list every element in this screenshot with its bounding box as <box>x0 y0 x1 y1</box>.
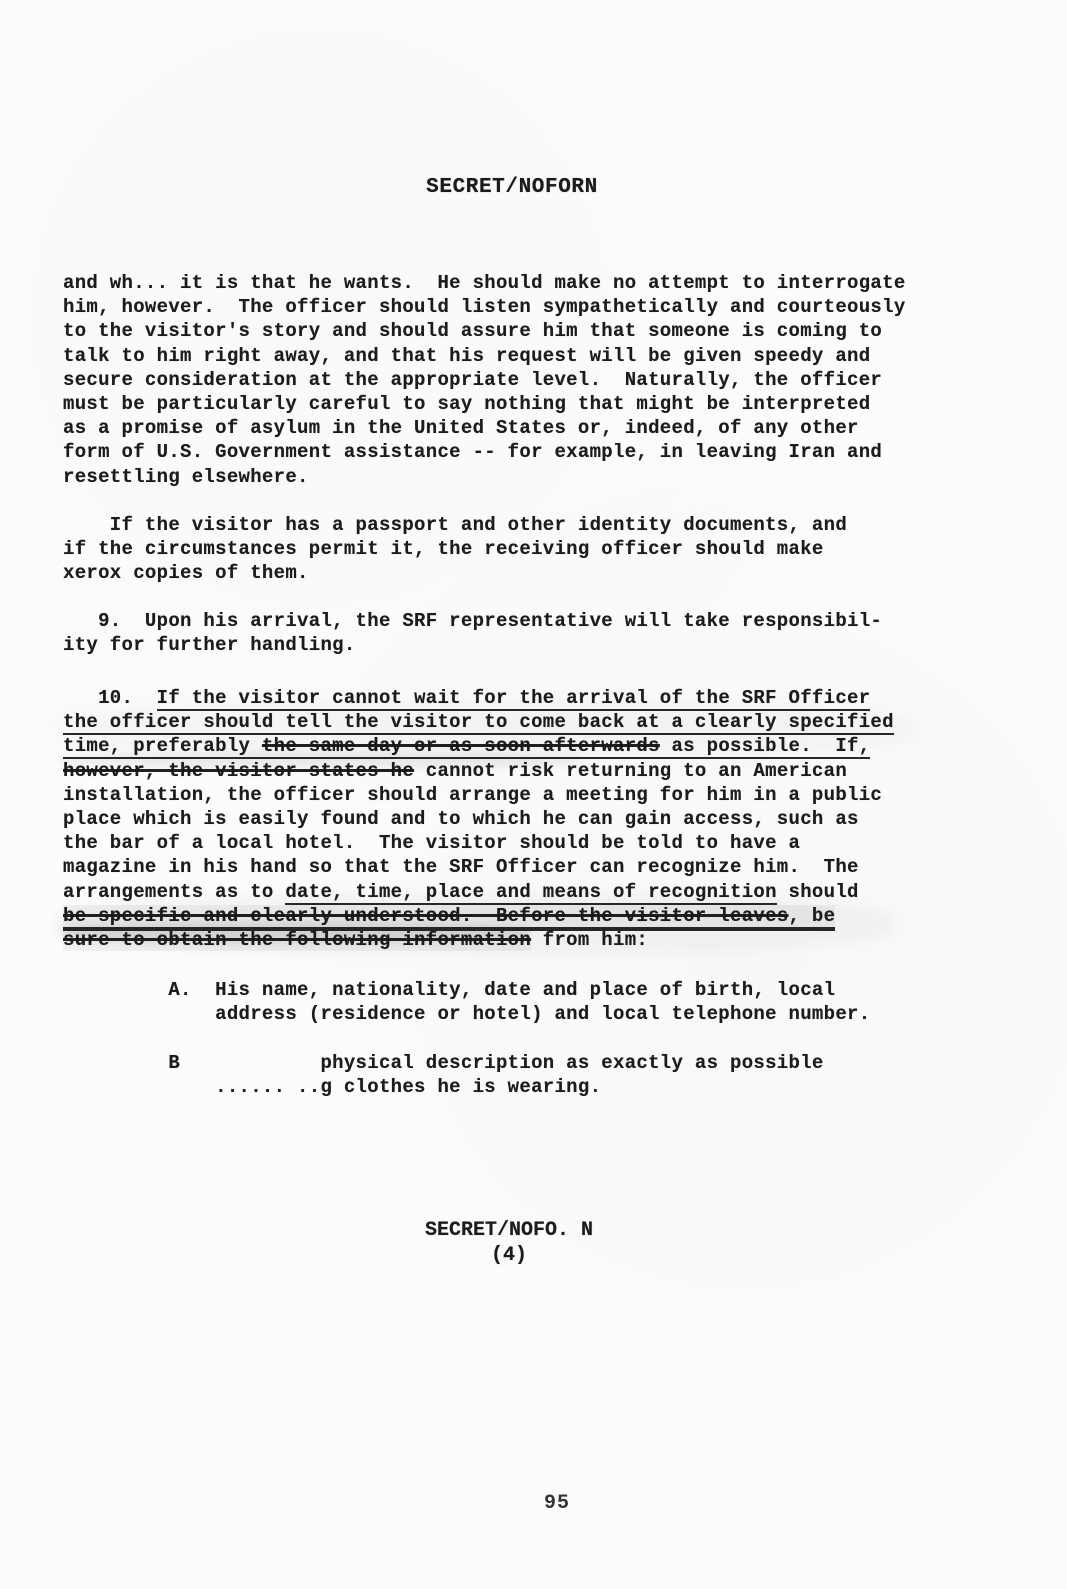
paragraph-9: 9. Upon his arrival, the SRF representat… <box>63 609 882 657</box>
classification-footer: SECRET/NOFO. N (4) <box>0 1219 1018 1268</box>
text-line: however, the visitor states he cannot ri… <box>63 759 894 783</box>
text-line: the officer should tell the visitor to c… <box>63 710 894 734</box>
text-line: ity for further handling. <box>63 633 882 657</box>
item-b: B physical description as exactly as pos… <box>63 1051 824 1099</box>
text-line: resettling elsewhere. <box>63 465 906 489</box>
text-line: and wh... it is that he wants. He should… <box>63 271 906 295</box>
document-page: SECRET/NOFORN and wh... it is that he wa… <box>0 0 1067 1589</box>
text-line: B physical description as exactly as pos… <box>63 1051 824 1075</box>
text-line: to the visitor's story and should assure… <box>63 319 906 343</box>
text-line: arrangements as to date, time, place and… <box>63 880 894 904</box>
paragraph-passport: If the visitor has a passport and other … <box>63 513 847 586</box>
text-line: be specific and clearly understood. Befo… <box>63 904 894 928</box>
text-line: magazine in his hand so that the SRF Off… <box>63 855 894 879</box>
classification-header: SECRET/NOFORN <box>0 176 1024 199</box>
text-line: secure consideration at the appropriate … <box>63 368 906 392</box>
text-line: the bar of a local hotel. The visitor sh… <box>63 831 894 855</box>
text-line: A. His name, nationality, date and place… <box>63 978 870 1002</box>
footer-page-marking: (4) <box>0 1244 1018 1269</box>
text-line: address (residence or hotel) and local t… <box>63 1002 870 1026</box>
text-line: him, however. The officer should listen … <box>63 295 906 319</box>
footer-classification-text: SECRET/NOFO. N <box>0 1219 1018 1244</box>
text-line: if the circumstances permit it, the rece… <box>63 537 847 561</box>
text-line: place which is easily found and to which… <box>63 807 894 831</box>
text-line: must be particularly careful to say noth… <box>63 392 906 416</box>
text-line: xerox copies of them. <box>63 561 847 585</box>
text-line: as a promise of asylum in the United Sta… <box>63 416 906 440</box>
paragraph-continuation: and wh... it is that he wants. He should… <box>63 271 906 489</box>
text-line: talk to him right away, and that his req… <box>63 344 906 368</box>
text-line: If the visitor has a passport and other … <box>63 513 847 537</box>
text-line: sure to obtain the following information… <box>63 928 894 952</box>
text-line: 10. If the visitor cannot wait for the a… <box>63 686 894 710</box>
item-a: A. His name, nationality, date and place… <box>63 978 870 1026</box>
text-line: form of U.S. Government assistance -- fo… <box>63 440 906 464</box>
paragraph-10: 10. If the visitor cannot wait for the a… <box>63 686 894 952</box>
text-line: installation, the officer should arrange… <box>63 783 894 807</box>
text-line: 9. Upon his arrival, the SRF representat… <box>63 609 882 633</box>
page-number: 95 <box>544 1492 570 1515</box>
text-line: ...... ..g clothes he is wearing. <box>63 1075 824 1099</box>
text-line: time, preferably the same day or as soon… <box>63 734 894 758</box>
